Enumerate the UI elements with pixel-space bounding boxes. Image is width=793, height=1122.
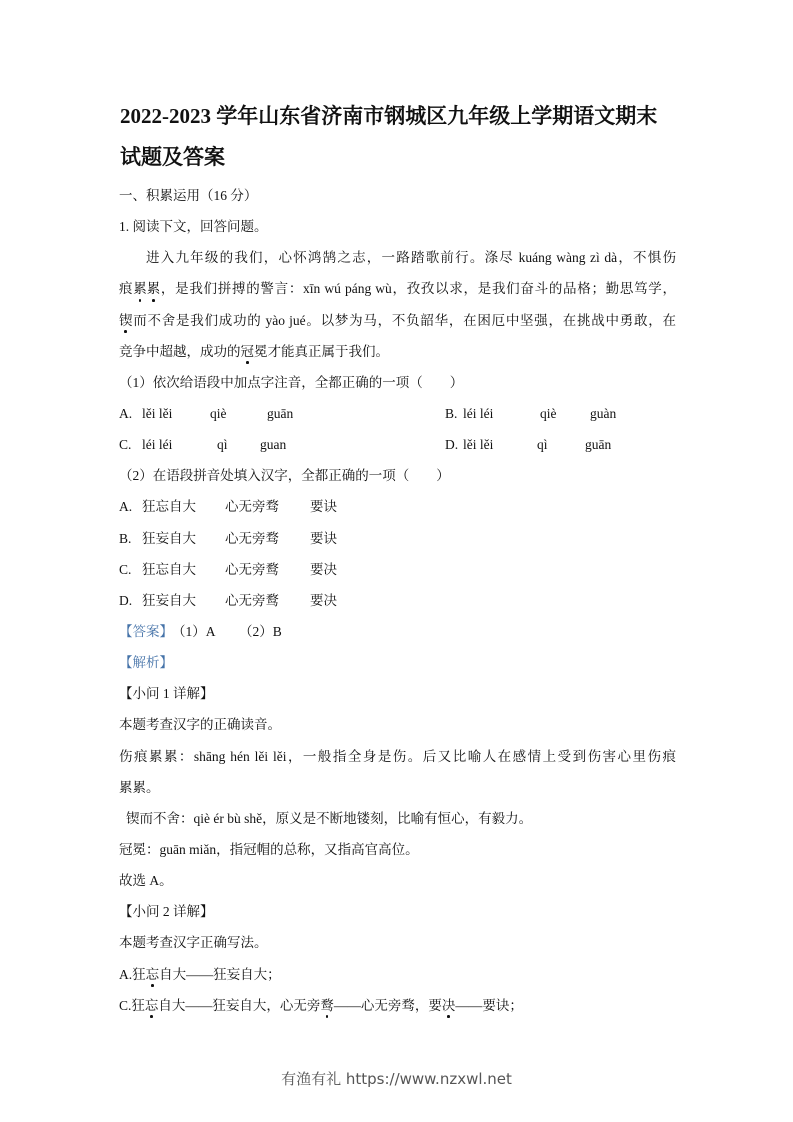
- sub1-options-row-cd: C. léi léi qì guan D. lěi lěi qì guān: [119, 429, 676, 460]
- sub2-option-b: B. 狂妄自大 心无旁骛 要诀: [119, 523, 676, 554]
- footer-watermark: 有渔有礼 https://www.nzxwl.net: [0, 1068, 793, 1090]
- detail-2-line-c: C.狂忘自大——狂妄自大，心无旁鹜——心无旁骛，要决——要诀；: [119, 990, 676, 1021]
- emphasized-char: 忘: [145, 990, 159, 1021]
- detail-2-line-a: A.狂忘自大——狂妄自大；: [119, 959, 676, 990]
- detail-1-guanmian: 冠冕：guān miǎn，指冠帽的总称，又指高官高位。: [119, 834, 676, 865]
- detail-1-shanghen-line-1: 伤痕累累：shāng hén lěi lěi，一般指全身是伤。后又比喻人在感情上…: [119, 741, 676, 772]
- sub-question-2-prompt: （2）在语段拼音处填入汉字，全都正确的一项（ ）: [119, 460, 676, 491]
- option-a-part: lěi lěi: [142, 398, 172, 429]
- detail-1-intro: 本题考查汉字的正确读音。: [119, 709, 676, 740]
- option-d-part: qì: [537, 429, 548, 460]
- option-b-part: 心无旁骛: [225, 523, 279, 554]
- emphasized-char: 决: [442, 990, 456, 1021]
- option-a-label: A.: [119, 398, 132, 429]
- option-b-part: léi léi: [463, 398, 493, 429]
- option-c-label: C.: [119, 554, 131, 585]
- option-d-part: lěi lěi: [463, 429, 493, 460]
- sub2-option-c: C. 狂忘自大 心无旁鹜 要决: [119, 554, 676, 585]
- emphasized-char: 鹜: [320, 990, 334, 1021]
- option-d-label: D.: [445, 429, 458, 460]
- option-d-label: D.: [119, 585, 132, 616]
- sub2-option-a: A. 狂忘自大 心无旁骛 要诀: [119, 491, 676, 522]
- option-a-part: 狂忘自大: [142, 491, 196, 522]
- option-d-part: 要决: [310, 585, 337, 616]
- option-a-part: 心无旁骛: [225, 491, 279, 522]
- passage-line-3: 锲而不舍是我们成功的 yào jué。以梦为马，不负韶华，在困厄中坚强，在挑战中…: [119, 305, 676, 336]
- option-c-part: guan: [260, 429, 286, 460]
- detail-1-conclusion: 故选 A。: [119, 865, 676, 896]
- passage-line-1: 进入九年级的我们，心怀鸿鹄之志，一路踏歌前行。涤尽 kuáng wàng zì …: [119, 242, 676, 273]
- sub-question-1-prompt: （1）依次给语段中加点字注音，全都正确的一项（ ）: [119, 367, 676, 398]
- section-heading: 一、积累运用（16 分）: [119, 180, 676, 211]
- option-b-part: 要诀: [310, 523, 337, 554]
- option-c-part: 要决: [310, 554, 337, 585]
- document-body: 一、积累运用（16 分） 1. 阅读下文，回答问题。 进入九年级的我们，心怀鸿鹄…: [119, 180, 676, 1021]
- emphasized-char: 累: [133, 273, 147, 304]
- answer-part-2: （2）B: [239, 616, 282, 647]
- detail-text: 自大——狂妄自大，心无旁: [158, 998, 320, 1013]
- detail-text: ——心无旁骛，要: [334, 998, 442, 1013]
- emphasized-char: 忘: [146, 959, 160, 990]
- title-line-2: 试题及答案: [120, 137, 680, 178]
- passage-text: 冕才能真正属于我们。: [254, 344, 389, 359]
- detail-2-intro: 本题考查汉字正确写法。: [119, 927, 676, 958]
- passage-line-2: 痕累累，是我们拼搏的警言：xīn wú páng wù，孜孜以求，是我们奋斗的品…: [119, 273, 676, 304]
- document-title: 2022-2023 学年山东省济南市钢城区九年级上学期语文期末 试题及答案: [120, 96, 680, 178]
- option-a-label: A.: [119, 491, 132, 522]
- option-b-label: B.: [119, 523, 131, 554]
- option-c-part: léi léi: [142, 429, 172, 460]
- option-c-label: C.: [119, 429, 131, 460]
- analysis-tag: 【解析】: [119, 655, 173, 670]
- analysis-line: 【解析】: [119, 647, 676, 678]
- passage-text: 而不舍是我们成功的 yào jué。以梦为马，不负韶华，在困厄中坚强，在挑战中勇…: [133, 313, 677, 328]
- passage-text: 竞争中超越，成功的: [119, 344, 241, 359]
- option-d-part: 心无旁鹜: [225, 585, 279, 616]
- option-c-part: 狂忘自大: [142, 554, 196, 585]
- answer-part-1: （1）A: [172, 616, 216, 647]
- option-c-part: qì: [217, 429, 228, 460]
- emphasized-char: 锲: [119, 305, 133, 336]
- question-1-prompt: 1. 阅读下文，回答问题。: [119, 211, 676, 242]
- option-b-part: guàn: [590, 398, 616, 429]
- detail-1-heading: 【小问 1 详解】: [119, 678, 676, 709]
- detail-text: C.狂: [119, 998, 145, 1013]
- option-a-part: guān: [267, 398, 293, 429]
- detail-text: 自大——狂妄自大；: [159, 967, 281, 982]
- passage-line-4: 竞争中超越，成功的冠冕才能真正属于我们。: [119, 336, 676, 367]
- detail-1-qieer: 锲而不舍：qiè ér bù shě，原义是不断地镂刻，比喻有恒心，有毅力。: [119, 803, 676, 834]
- sub1-options-row-ab: A. lěi lěi qiè guān B. léi léi qiè guàn: [119, 398, 676, 429]
- detail-text: ——要诀；: [455, 998, 523, 1013]
- passage-text: 痕: [119, 281, 133, 296]
- emphasized-char: 累: [147, 273, 161, 304]
- detail-2-heading: 【小问 2 详解】: [119, 896, 676, 927]
- option-c-part: 心无旁鹜: [225, 554, 279, 585]
- option-d-part: 狂妄自大: [142, 585, 196, 616]
- detail-1-shanghen-line-2: 累累。: [119, 772, 676, 803]
- passage-text: ，是我们拼搏的警言：xīn wú páng wù，孜孜以求，是我们奋斗的品格；勤…: [160, 281, 676, 296]
- answer-line: 【答案】 （1）A （2）B: [119, 616, 676, 647]
- detail-text: A.狂: [119, 967, 146, 982]
- option-b-label: B.: [445, 398, 457, 429]
- option-a-part: 要诀: [310, 491, 337, 522]
- option-a-part: qiè: [210, 398, 227, 429]
- option-b-part: qiè: [540, 398, 557, 429]
- answer-tag: 【答案】: [119, 616, 173, 647]
- emphasized-char: 冠: [241, 336, 255, 367]
- title-line-1: 2022-2023 学年山东省济南市钢城区九年级上学期语文期末: [120, 96, 680, 137]
- option-d-part: guān: [585, 429, 611, 460]
- sub2-option-d: D. 狂妄自大 心无旁鹜 要决: [119, 585, 676, 616]
- option-b-part: 狂妄自大: [142, 523, 196, 554]
